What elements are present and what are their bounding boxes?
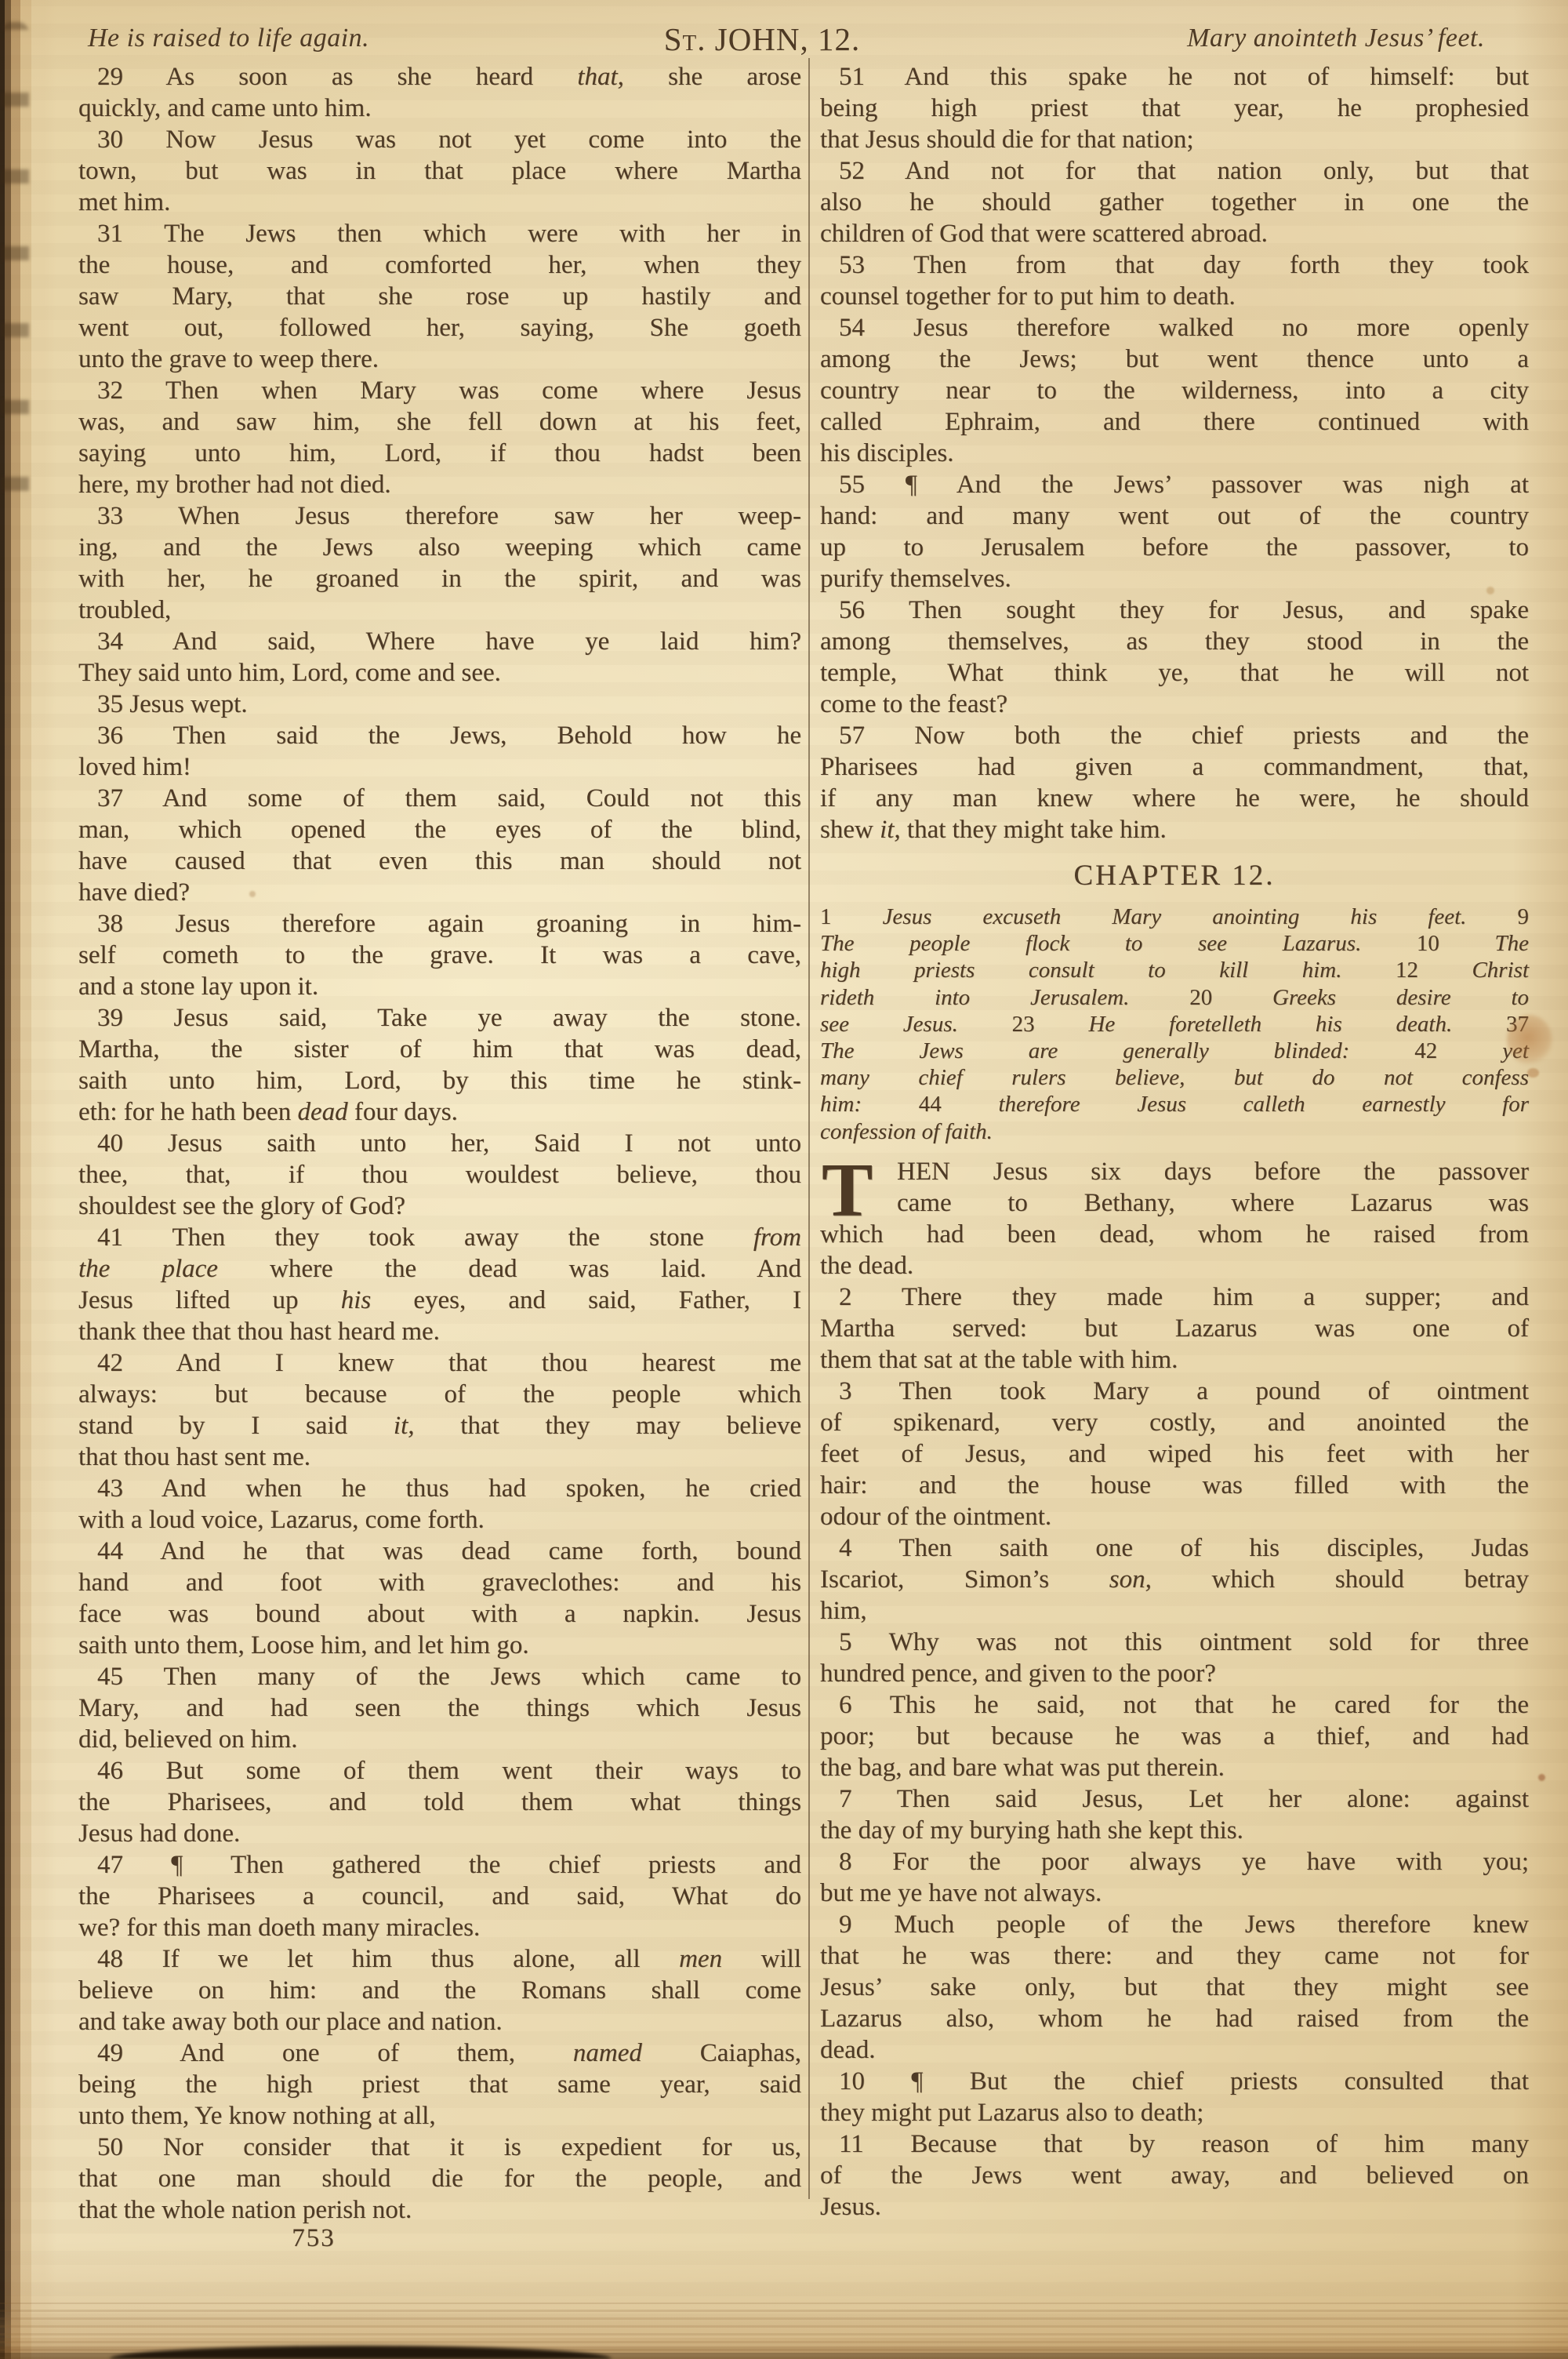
text-line: 51 And this spake he not of himself: but (820, 61, 1529, 93)
stain (1507, 1015, 1552, 1065)
text-line: loved him! (78, 751, 801, 783)
text-line: have died? (78, 877, 801, 908)
text-line: 40 Jesus saith unto her, Said I not unto (78, 1128, 801, 1159)
text-line: 48 If we let him thus alone, all men wil… (78, 1943, 801, 1975)
text-line: counsel together for to put him to death… (820, 281, 1529, 312)
text-line: poor; but because he was a thief, and ha… (820, 1721, 1529, 1752)
text-line: Jesus. (820, 2191, 1529, 2223)
verse: 35 Jesus wept. (78, 689, 801, 720)
verse: 2 There they made him a supper; andMarth… (820, 1281, 1529, 1376)
text-line: among themselves, as they stood in the (820, 626, 1529, 657)
running-head-right: Mary anointeth Jesus’ feet. (1187, 24, 1485, 53)
text-line: 52 And not for that nation only, but tha… (820, 155, 1529, 187)
text-line: odour of the ointment. (820, 1501, 1529, 1532)
paper-speck (249, 891, 256, 897)
verse: 33 When Jesus therefore saw her weep-ing… (78, 500, 801, 626)
text-line: the house, and comforted her, when they (78, 249, 801, 281)
text-line: HEN Jesus six days before the passover (820, 1156, 1529, 1187)
text-line: 55 ¶ And the Jews’ passover was nigh at (820, 469, 1529, 500)
verse: 37 And some of them said, Could not this… (78, 783, 801, 908)
verse: 29 As soon as she heard that, she aroseq… (78, 61, 801, 124)
paper-speck (1538, 1774, 1545, 1781)
text-line: dead. (820, 2034, 1529, 2066)
text-line: 1 Jesus excuseth Mary anointing his feet… (820, 903, 1529, 930)
text-line: 32 Then when Mary was come where Jesus (78, 375, 801, 406)
verse: 49 And one of them, named Caiaphas,being… (78, 2037, 801, 2132)
text-line: purify themselves. (820, 563, 1529, 594)
paper-speck (1527, 1068, 1539, 1078)
text-line: thee, that, if thou wouldest believe, th… (78, 1159, 801, 1190)
text-line: 7 Then said Jesus, Let her alone: agains… (820, 1783, 1529, 1815)
text-line: called Ephraim, and there continued with (820, 406, 1529, 438)
verse: 42 And I knew that thou hearest mealways… (78, 1347, 801, 1473)
text-line: went out, followed her, saying, She goet… (78, 312, 801, 343)
text-line: that Jesus should die for that nation; (820, 124, 1529, 155)
text-line: 36 Then said the Jews, Behold how he (78, 720, 801, 751)
text-line: 31 The Jews then which were with her in (78, 218, 801, 249)
text-line: the Pharisees a council, and said, What … (78, 1881, 801, 1912)
text-line: Martha served: but Lazarus was one of (820, 1313, 1529, 1344)
text-line: unto the grave to weep there. (78, 343, 801, 375)
text-line: feet of Jesus, and wiped his feet with h… (820, 1438, 1529, 1470)
gutter-page-fragments (1, 22, 29, 524)
verse: 55 ¶ And the Jews’ passover was nigh ath… (820, 469, 1529, 594)
verse: 3 Then took Mary a pound of ointmentof s… (820, 1376, 1529, 1532)
text-line: him, (820, 1595, 1529, 1627)
text-line: 8 For the poor always ye have with you; (820, 1846, 1529, 1877)
text-line: 9 Much people of the Jews therefore knew (820, 1909, 1529, 1940)
verse: 7 Then said Jesus, Let her alone: agains… (820, 1783, 1529, 1846)
verse: 57 Now both the chief priests and thePha… (820, 720, 1529, 845)
text-line: 38 Jesus therefore again groaning in him… (78, 908, 801, 940)
verse: 9 Much people of the Jews therefore knew… (820, 1909, 1529, 2066)
right-column: 51 And this spake he not of himself: but… (820, 61, 1529, 2223)
text-line: they might put Lazarus also to death; (820, 2097, 1529, 2128)
text-line: being high priest that year, he prophesi… (820, 93, 1529, 124)
text-line: 5 Why was not this ointment sold for thr… (820, 1627, 1529, 1658)
text-line: being the high priest that same year, sa… (78, 2069, 801, 2100)
text-line: hand and foot with graveclothes: and his (78, 1567, 801, 1598)
text-line: many chief rulers believe, but do not co… (820, 1064, 1529, 1091)
text-line: Pharisees had given a commandment, that, (820, 751, 1529, 783)
right-column-verses-ch12: 2 There they made him a supper; andMarth… (820, 1281, 1529, 2223)
text-line: 3 Then took Mary a pound of ointment (820, 1376, 1529, 1407)
text-line: thank thee that thou hast heard me. (78, 1316, 801, 1347)
column-rule (808, 58, 810, 2199)
verse: 46 But some of them went their ways toth… (78, 1755, 801, 1849)
text-line: but me ye have not always. (820, 1877, 1529, 1909)
text-line: which had been dead, whom he raised from (820, 1219, 1529, 1250)
text-line: 47 ¶ Then gathered the chief priests and (78, 1849, 801, 1881)
verse: 34 And said, Where have ye laid him?They… (78, 626, 801, 689)
text-line: up to Jerusalem before the passover, to (820, 532, 1529, 563)
text-line: Mary, and had seen the things which Jesu… (78, 1692, 801, 1724)
text-line: saying unto him, Lord, if thou hadst bee… (78, 438, 801, 469)
text-line: 44 And he that was dead came forth, boun… (78, 1536, 801, 1567)
text-line: 35 Jesus wept. (78, 689, 801, 720)
verse: 6 This he said, not that he cared for th… (820, 1689, 1529, 1783)
text-line: the Pharisees, and told them what things (78, 1787, 801, 1818)
text-line: 46 But some of them went their ways to (78, 1755, 801, 1787)
text-line: shew it, that they might take him. (820, 814, 1529, 845)
text-line: 56 Then sought they for Jesus, and spake (820, 594, 1529, 626)
page-number: 753 (78, 2224, 549, 2253)
text-line: 11 Because that by reason of him many (820, 2128, 1529, 2160)
text-line: 33 When Jesus therefore saw her weep- (78, 500, 801, 532)
text-line: with her, he groaned in the spirit, and … (78, 563, 801, 594)
text-line: of the Jews went away, and believed on (820, 2160, 1529, 2191)
text-line: 4 Then saith one of his disciples, Judas (820, 1532, 1529, 1564)
verse1-paragraph: T HEN Jesus six days before the passover… (820, 1156, 1529, 1281)
text-line: unto them, Ye know nothing at all, (78, 2100, 801, 2132)
text-line: 30 Now Jesus was not yet come into the (78, 124, 801, 155)
chapter-summary: 1 Jesus excuseth Mary anointing his feet… (820, 903, 1529, 1145)
text-line: the dead. (820, 1250, 1529, 1281)
text-line: them that sat at the table with him. (820, 1344, 1529, 1376)
text-line: that he was there: and they came not for (820, 1940, 1529, 1972)
text-line: believe on him: and the Romans shall com… (78, 1975, 801, 2006)
text-line: Martha, the sister of him that was dead, (78, 1034, 801, 1065)
text-line: always: but because of the people which (78, 1379, 801, 1410)
text-line: 2 There they made him a supper; and (820, 1281, 1529, 1313)
text-line: the bag, and bare what was put therein. (820, 1752, 1529, 1783)
text-line: of spikenard, very costly, and anointed … (820, 1407, 1529, 1438)
text-line: quickly, and came unto him. (78, 93, 801, 124)
text-line: troubled, (78, 594, 801, 626)
text-line: and take away both our place and nation. (78, 2006, 801, 2037)
text-line: hundred pence, and given to the poor? (820, 1658, 1529, 1689)
text-line: Jesus had done. (78, 1818, 801, 1849)
text-line: 49 And one of them, named Caiaphas, (78, 2037, 801, 2069)
verse: 51 And this spake he not of himself: but… (820, 61, 1529, 155)
right-column-verses-ch11: 51 And this spake he not of himself: but… (820, 61, 1529, 845)
verse: 36 Then said the Jews, Behold how helove… (78, 720, 801, 783)
verse: 31 The Jews then which were with her int… (78, 218, 801, 375)
text-line: 41 Then they took away the stone from (78, 1222, 801, 1253)
text-line: ing, and the Jews also weeping which cam… (78, 532, 801, 563)
text-line: if any man knew where he were, he should (820, 783, 1529, 814)
text-line: saith unto him, Lord, by this time he st… (78, 1065, 801, 1096)
verse: 38 Jesus therefore again groaning in him… (78, 908, 801, 1002)
text-line: was, and saw him, she fell down at his f… (78, 406, 801, 438)
drop-cap-letter: T (822, 1158, 873, 1223)
text-line: met him. (78, 187, 801, 218)
text-line: children of God that were scattered abro… (820, 218, 1529, 249)
text-line: that one man should die for the people, … (78, 2163, 801, 2194)
text-line: the day of my burying hath she kept this… (820, 1815, 1529, 1846)
text-line: with a loud voice, Lazarus, come forth. (78, 1504, 801, 1536)
verse: 45 Then many of the Jews which came toMa… (78, 1661, 801, 1755)
text-line: Iscariot, Simon’s son, which should betr… (820, 1564, 1529, 1595)
verse: 44 And he that was dead came forth, boun… (78, 1536, 801, 1661)
verse: 56 Then sought they for Jesus, and spake… (820, 594, 1529, 720)
text-line: here, my brother had not died. (78, 469, 801, 500)
verse: 41 Then they took away the stone fromthe… (78, 1222, 801, 1347)
text-line: country near to the wilderness, into a c… (820, 375, 1529, 406)
verse: 11 Because that by reason of him manyof … (820, 2128, 1529, 2223)
text-line: saith unto them, Loose him, and let him … (78, 1630, 801, 1661)
left-column: 29 As soon as she heard that, she aroseq… (78, 61, 801, 2226)
running-head: He is raised to life again. St. JOHN, 12… (88, 20, 1485, 61)
text-line: the place where the dead was laid. And (78, 1253, 801, 1285)
chapter-heading: CHAPTER 12. (820, 858, 1529, 894)
text-line: 57 Now both the chief priests and the (820, 720, 1529, 751)
text-line: 50 Nor consider that it is expedient for… (78, 2132, 801, 2163)
text-line: we? for this man doeth many miracles. (78, 1912, 801, 1943)
text-line: temple, What think ye, that he will not (820, 657, 1529, 689)
text-line: 6 This he said, not that he cared for th… (820, 1689, 1529, 1721)
verse: 32 Then when Mary was come where Jesuswa… (78, 375, 801, 500)
text-line: hand: and many went out of the country (820, 500, 1529, 532)
text-line: his disciples. (820, 438, 1529, 469)
text-line: 45 Then many of the Jews which came to (78, 1661, 801, 1692)
text-line: that thou hast sent me. (78, 1441, 801, 1473)
text-line: 53 Then from that day forth they took (820, 249, 1529, 281)
text-line: see Jesus. 23 He foretelleth his death. … (820, 1011, 1529, 1038)
text-line: came to Bethany, where Lazarus was (820, 1187, 1529, 1219)
verse: 47 ¶ Then gathered the chief priests and… (78, 1849, 801, 1943)
text-line: have caused that even this man should no… (78, 845, 801, 877)
text-line: him: 44 therefore Jesus calleth earnestl… (820, 1091, 1529, 1118)
text-line: self cometh to the grave. It was a cave, (78, 940, 801, 971)
verse: 50 Nor consider that it is expedient for… (78, 2132, 801, 2226)
text-line: saw Mary, that she rose up hastily and (78, 281, 801, 312)
text-line: 42 And I knew that thou hearest me (78, 1347, 801, 1379)
text-line: hair: and the house was filled with the (820, 1470, 1529, 1501)
text-line: eth: for he hath been dead four days. (78, 1096, 801, 1128)
scanned-bible-page: He is raised to life again. St. JOHN, 12… (0, 0, 1568, 2359)
text-line: among the Jews; but went thence unto a (820, 343, 1529, 375)
text-line: They said unto him, Lord, come and see. (78, 657, 801, 689)
text-line: 37 And some of them said, Could not this (78, 783, 801, 814)
text-line: face was bound about with a napkin. Jesu… (78, 1598, 801, 1630)
text-line: Lazarus also, whom he had raised from th… (820, 2003, 1529, 2034)
text-line: 54 Jesus therefore walked no more openly (820, 312, 1529, 343)
text-line: man, which opened the eyes of the blind, (78, 814, 801, 845)
text-line: high priests consult to kill him. 12 Chr… (820, 957, 1529, 983)
text-line: town, but was in that place where Martha (78, 155, 801, 187)
verse: 8 For the poor always ye have with you;b… (820, 1846, 1529, 1909)
text-line: The Jews are generally blinded: 42 yet (820, 1038, 1529, 1064)
drop-cap-lines: HEN Jesus six days before the passoverca… (820, 1156, 1529, 1281)
text-line: 43 And when he thus had spoken, he cried (78, 1473, 801, 1504)
text-line: 10 ¶ But the chief priests consulted tha… (820, 2066, 1529, 2097)
verse: 10 ¶ But the chief priests consulted tha… (820, 2066, 1529, 2128)
text-line: that the whole nation perish not. (78, 2194, 801, 2226)
text-line: did, believed on him. (78, 1724, 801, 1755)
text-line: 34 And said, Where have ye laid him? (78, 626, 801, 657)
text-line: 39 Jesus said, Take ye away the stone. (78, 1002, 801, 1034)
text-line: and a stone lay upon it. (78, 971, 801, 1002)
text-line: Jesus lifted up his eyes, and said, Fath… (78, 1285, 801, 1316)
verse: 40 Jesus saith unto her, Said I not unto… (78, 1128, 801, 1222)
text-line: also he should gather together in one th… (820, 187, 1529, 218)
text-line: 29 As soon as she heard that, she arose (78, 61, 801, 93)
verse: 48 If we let him thus alone, all men wil… (78, 1943, 801, 2037)
text-line: stand by I said it, that they may believ… (78, 1410, 801, 1441)
text-line: The people flock to see Lazarus. 10 The (820, 930, 1529, 957)
verse: 43 And when he thus had spoken, he cried… (78, 1473, 801, 1536)
text-line: come to the feast? (820, 689, 1529, 720)
verse: 54 Jesus therefore walked no more openly… (820, 312, 1529, 469)
verse: 39 Jesus said, Take ye away the stone.Ma… (78, 1002, 801, 1128)
text-line: confession of faith. (820, 1118, 1529, 1145)
text-line: rideth into Jerusalem. 20 Greeks desire … (820, 984, 1529, 1011)
verse: 5 Why was not this ointment sold for thr… (820, 1627, 1529, 1689)
verse: 53 Then from that day forth they tookcou… (820, 249, 1529, 312)
text-line: Jesus’ sake only, but that they might se… (820, 1972, 1529, 2003)
paper-speck (1486, 587, 1494, 594)
text-line: shouldest see the glory of God? (78, 1190, 801, 1222)
verse: 52 And not for that nation only, but tha… (820, 155, 1529, 249)
verse: 4 Then saith one of his disciples, Judas… (820, 1532, 1529, 1627)
verse: 30 Now Jesus was not yet come into theto… (78, 124, 801, 218)
